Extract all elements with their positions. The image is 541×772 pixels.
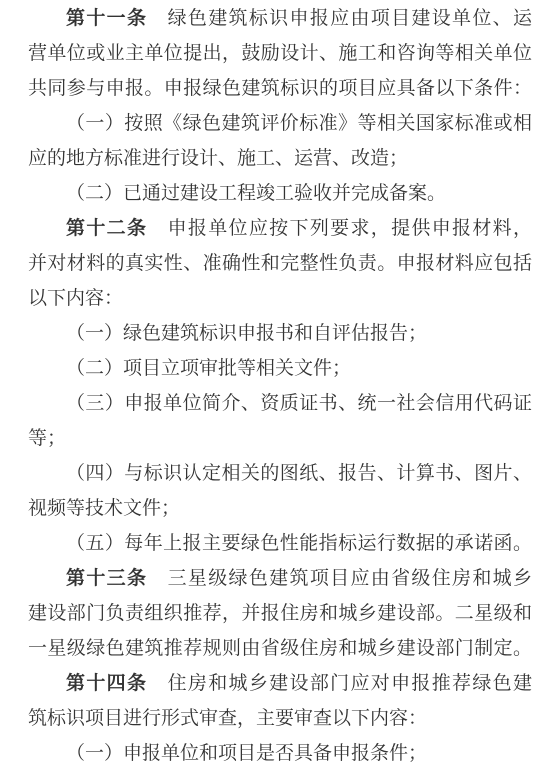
text-line: 并对材料的真实性、准确性和完整性负责。申报材料应包括 [28,246,532,281]
line-text: （三）申报单位简介、资质证书、统一社会信用代码证 [66,393,532,414]
article-number: 第十三条 [66,568,147,589]
line-text: （一）绿色建筑标识申报书和自评估报告； [66,323,427,344]
line-text: 并对材料的真实性、准确性和完整性负责。申报材料应包括 [28,253,532,274]
text-line: 共同参与申报。申报绿色建筑标识的项目应具备以下条件： [28,71,532,106]
text-line: （二）项目立项审批等相关文件； [28,351,532,386]
article-number: 第十一条 [66,8,147,29]
line-text: （一）按照《绿色建筑评价标准》等相关国家标准或相 [66,113,532,134]
article-number: 第十四条 [66,673,147,694]
text-line: 等； [28,421,532,456]
line-text: 一星级绿色建筑推荐规则由省级住房和城乡建设部门制定。 [28,638,532,659]
line-text: （四）与标识认定相关的图纸、报告、计算书、图片、 [66,463,532,484]
text-line: 第十一条 绿色建筑标识申报应由项目建设单位、运 [28,1,532,36]
line-text: 营单位或业主单位提出，鼓励设计、施工和咨询等相关单位 [28,43,532,64]
line-text: 申报单位应按下列要求，提供申报材料， [147,218,532,239]
text-line: （五）每年上报主要绿色性能指标运行数据的承诺函。 [28,526,532,561]
text-line: 以下内容： [28,281,532,316]
text-line: 视频等技术文件； [28,491,532,526]
line-text: 视频等技术文件； [28,498,180,519]
article-number: 第十二条 [66,218,147,239]
regulation-document-page: 第十一条 绿色建筑标识申报应由项目建设单位、运营单位或业主单位提出，鼓励设计、施… [0,0,541,772]
line-text: 共同参与申报。申报绿色建筑标识的项目应具备以下条件： [28,78,532,99]
text-line: 筑标识项目进行形式审查，主要审查以下内容： [28,701,532,736]
text-line: 应的地方标准进行设计、施工、运营、改造； [28,141,532,176]
text-line: 一星级绿色建筑推荐规则由省级住房和城乡建设部门制定。 [28,631,532,666]
line-text: 应的地方标准进行设计、施工、运营、改造； [28,148,408,169]
text-line: （一）按照《绿色建筑评价标准》等相关国家标准或相 [28,106,532,141]
line-text: （二）项目立项审批等相关文件； [66,358,351,379]
text-line: 建设部门负责组织推荐，并报住房和城乡建设部。二星级和 [28,596,532,631]
line-text: 住房和城乡建设部门应对申报推荐绿色建 [147,673,532,694]
line-text: 三星级绿色建筑项目应由省级住房和城乡 [147,568,532,589]
line-text: （一）申报单位和项目是否具备申报条件； [66,743,427,764]
line-text: 等； [28,428,66,449]
text-line: （三）申报单位简介、资质证书、统一社会信用代码证 [28,386,532,421]
text-line: （一）申报单位和项目是否具备申报条件； [28,736,532,771]
text-line: （一）绿色建筑标识申报书和自评估报告； [28,316,532,351]
text-line: 第十四条 住房和城乡建设部门应对申报推荐绿色建 [28,666,532,701]
line-text: 绿色建筑标识申报应由项目建设单位、运 [147,8,532,29]
line-text: 以下内容： [28,288,123,309]
text-line: 营单位或业主单位提出，鼓励设计、施工和咨询等相关单位 [28,36,532,71]
line-text: （五）每年上报主要绿色性能指标运行数据的承诺函。 [66,533,532,554]
text-line: 第十二条 申报单位应按下列要求，提供申报材料， [28,211,532,246]
text-line: （四）与标识认定相关的图纸、报告、计算书、图片、 [28,456,532,491]
line-text: 建设部门负责组织推荐，并报住房和城乡建设部。二星级和 [28,603,532,624]
text-line: （二）已通过建设工程竣工验收并完成备案。 [28,176,532,211]
line-text: （二）已通过建设工程竣工验收并完成备案。 [66,183,446,204]
text-line: 第十三条 三星级绿色建筑项目应由省级住房和城乡 [28,561,532,596]
line-text: 筑标识项目进行形式审查，主要审查以下内容： [28,708,427,729]
